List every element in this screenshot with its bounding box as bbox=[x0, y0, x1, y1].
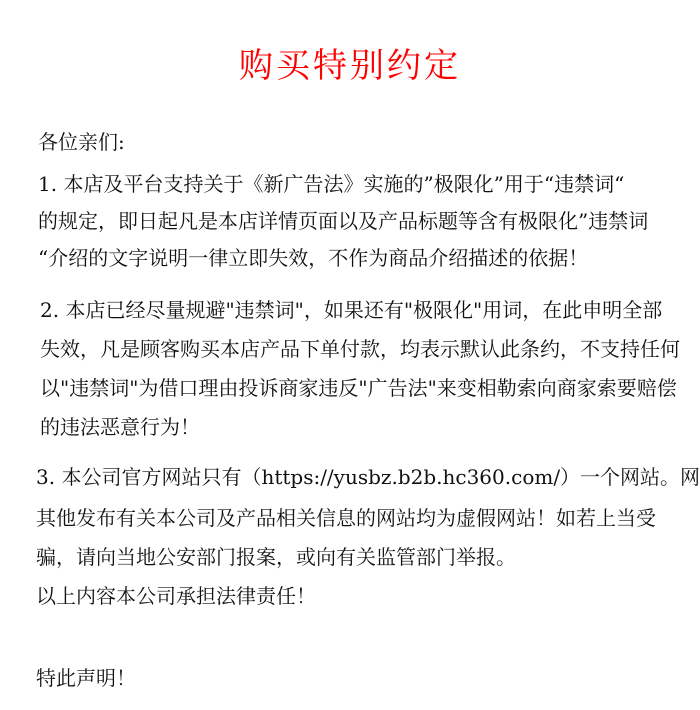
section-3-line-1: 3. 本公司官方网站只有（https://yusbz.b2b.hc360.com… bbox=[36, 463, 700, 491]
section-1-line-1: 1. 本店及平台支持关于《新广告法》实施的”极限化”用于“违禁词“ bbox=[38, 170, 624, 198]
section-1-line-2: 的规定，即日起凡是本店详情页面以及产品标题等含有极限化”违禁词 bbox=[38, 207, 648, 235]
section-2-line-2: 失效，凡是顾客购买本店产品下单付款，均表示默认此条约，不支持任何 bbox=[40, 335, 680, 363]
section-2-line-3: 以"违禁词"为借口理由投诉商家违反"广告法"来变相勒索向商家索要赔偿 bbox=[40, 374, 677, 402]
section-3-line-4: 以上内容本公司承担法律责任！ bbox=[36, 582, 316, 610]
section-2-line-4: 的违法恶意行为！ bbox=[40, 413, 200, 441]
document-title: 购买特别约定 bbox=[0, 44, 700, 88]
section-2-line-1: 2. 本店已经尽量规避"违禁词"，如果还有"极限化"用词，在此申明全部 bbox=[40, 296, 662, 324]
closing-statement: 特此声明！ bbox=[36, 664, 136, 692]
section-1-line-3: “介绍的文字说明一律立即失效，不作为商品介绍描述的依据！ bbox=[38, 244, 588, 272]
section-3-line-2: 其他发布有关本公司及产品相关信息的网站均为虚假网站！如若上当受 bbox=[36, 504, 656, 532]
section-3-line-3: 骗，请向当地公安部门报案，或向有关监管部门举报。 bbox=[36, 543, 516, 571]
greeting: 各位亲们: bbox=[38, 128, 125, 156]
